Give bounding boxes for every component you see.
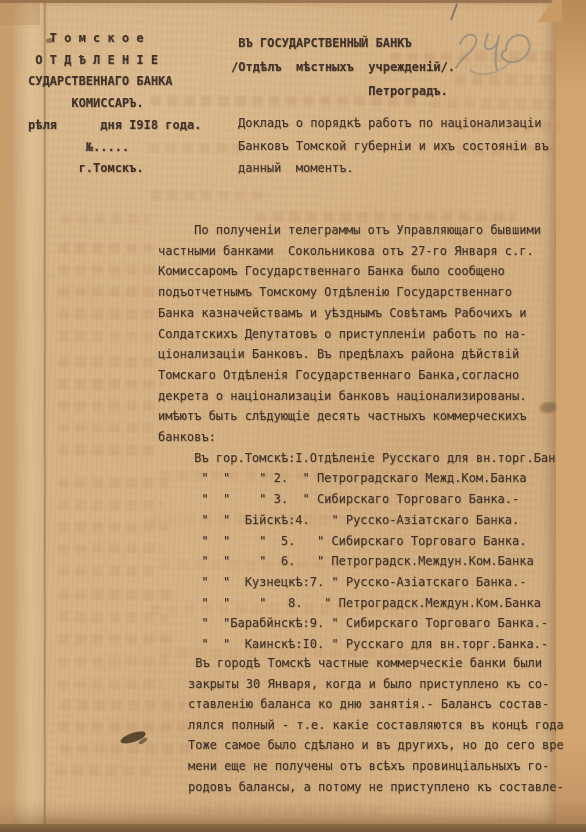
bleed-through-ghost-line <box>58 478 168 488</box>
pencil-page-number-scribble <box>448 22 538 84</box>
addressee-block: ВЪ ГОСУДАРСТВЕННЫЙ БАНКЪ /Отдѣлъ мѣстных… <box>231 31 455 103</box>
bleed-through-ghost-line <box>55 766 155 776</box>
paper-tear-top-right <box>536 0 562 22</box>
bleed-through-ghost-line <box>60 214 150 224</box>
body-main-paragraph-and-bank-list: По полученіи телеграммы отъ Управляющаго… <box>158 220 555 655</box>
bleed-through-ghost-line <box>58 544 163 554</box>
bleed-through-ghost-line <box>58 657 168 667</box>
bleed-through-ghost-line <box>150 190 270 200</box>
bleed-through-ghost-line <box>58 590 173 600</box>
bleed-through-ghost-line <box>58 379 163 389</box>
bleed-through-ghost-line <box>58 287 163 297</box>
pencil-scribble-drawing <box>448 22 538 84</box>
bleed-through-ghost-line <box>58 265 158 275</box>
bleed-through-ghost-line <box>58 722 188 732</box>
bleed-through-ghost-line <box>58 331 153 341</box>
bleed-through-ghost-line <box>58 634 173 644</box>
bleed-through-ghost-line <box>58 401 158 411</box>
bleed-through-ghost-line <box>58 243 153 253</box>
letterhead-block: Т о м с к о е О Т Д Ѣ Л Е Н І Е СУДАРСТВ… <box>28 28 201 180</box>
paper-edge-bottom <box>0 824 586 832</box>
paper-edge-top <box>0 0 586 3</box>
bleed-through-ghost-line <box>58 566 158 576</box>
scanned-document-page: Т о м с к о е О Т Д Ѣ Л Е Н І Е СУДАРСТВ… <box>0 0 586 832</box>
paper-bottom-shade <box>0 800 586 824</box>
bleed-through-ghost-line <box>58 680 163 690</box>
paper-corner-shadow <box>0 0 40 25</box>
body-closing-paragraph: Въ городѣ Томскѣ частные коммерческіе ба… <box>188 653 564 797</box>
bleed-through-ghost-line <box>58 357 158 367</box>
bleed-through-ghost-line <box>58 500 163 510</box>
report-subject-block: Докладъ о порядкѣ работъ по націонализац… <box>238 112 549 180</box>
bleed-through-ghost-line <box>60 744 195 754</box>
bleed-through-ghost-line <box>58 445 158 455</box>
bleed-through-ghost-line <box>58 309 158 319</box>
bleed-through-ghost-line <box>58 423 153 433</box>
bleed-through-ghost-line <box>60 700 185 710</box>
